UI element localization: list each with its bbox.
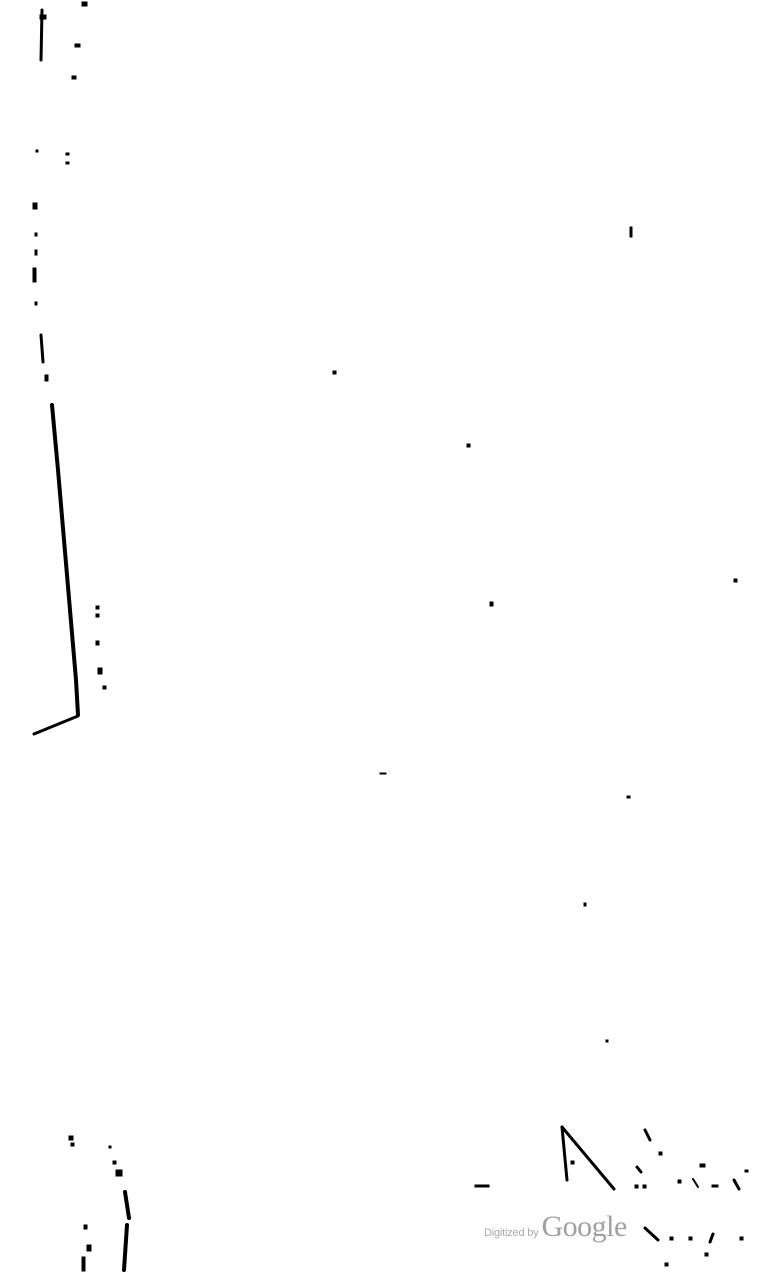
scanned-page: Digitized by Google <box>0 0 768 1274</box>
google-logo: Google <box>541 1210 626 1244</box>
scan-artifacts <box>0 0 768 1274</box>
google-watermark: Digitized by Google <box>484 1210 627 1244</box>
watermark-prefix: Digitized by <box>484 1227 538 1239</box>
